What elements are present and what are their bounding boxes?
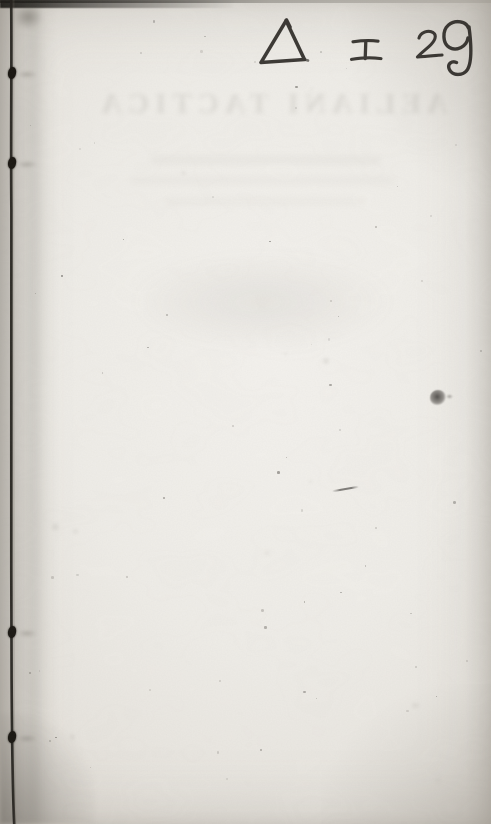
speck: [453, 501, 456, 504]
right-edge-shade: [465, 0, 491, 824]
speck: [149, 689, 151, 691]
speck: [226, 778, 228, 780]
speck: [219, 680, 221, 682]
speck: [301, 509, 303, 511]
speck: [51, 576, 54, 579]
ink-blot: [430, 390, 446, 405]
binding-thread-echo: [13, 0, 15, 824]
shelfmark-glyph-29: [418, 22, 471, 75]
speck: [232, 425, 234, 427]
speck: [147, 347, 148, 348]
knot-smudge: [17, 630, 37, 637]
speck: [375, 527, 377, 529]
speck: [79, 148, 81, 150]
ink-blot-tail: [446, 394, 453, 399]
speck: [365, 565, 366, 566]
faint-blotch: [52, 524, 58, 531]
speck: [320, 51, 322, 53]
knot-smudge: [17, 735, 37, 742]
speck: [153, 20, 156, 23]
scanned-book-page: AELIANI TACTICA Δ I 29: [0, 0, 491, 824]
faint-blotch: [73, 529, 78, 534]
speck: [163, 497, 165, 499]
faint-blotch: [284, 352, 288, 355]
show-through-line: [165, 198, 365, 205]
speck: [316, 698, 317, 699]
speck: [126, 576, 128, 578]
binding-thread: [0, 0, 42, 824]
speck: [329, 384, 331, 386]
speck: [264, 626, 266, 628]
faint-blotch: [412, 703, 418, 708]
speck: [339, 429, 341, 431]
speck: [328, 338, 330, 340]
speck: [204, 36, 206, 38]
speck: [200, 50, 203, 53]
speck: [261, 609, 264, 612]
speck: [76, 574, 79, 577]
faint-blotch: [70, 734, 76, 739]
knot-smudge: [17, 161, 37, 168]
speck: [406, 710, 408, 712]
show-through-line: [150, 156, 380, 164]
speck: [90, 767, 91, 768]
speck: [410, 613, 411, 614]
shelfmark-glyph-delta: [261, 20, 308, 63]
faint-blotch: [435, 777, 441, 784]
speck: [277, 471, 280, 474]
speck: [415, 666, 417, 668]
shelfmark-glyph-i: [352, 41, 382, 60]
speck: [260, 749, 262, 751]
speck: [140, 52, 142, 54]
speck: [375, 226, 377, 228]
scratch-mark: [332, 486, 359, 493]
speck: [430, 215, 432, 217]
faint-blotch: [323, 358, 330, 364]
show-through-line: [130, 177, 395, 184]
show-through-title-text: AELIANI TACTICA: [58, 88, 485, 122]
faint-blotch: [457, 69, 462, 75]
speck: [269, 241, 271, 243]
speck: [94, 142, 96, 144]
show-through-block: [130, 252, 395, 352]
shelfmark-drawing: [252, 14, 478, 84]
speck: [217, 751, 220, 754]
speck: [61, 275, 62, 276]
faint-blotch: [309, 480, 313, 483]
faint-blotch: [181, 171, 186, 176]
speck: [102, 372, 103, 373]
knot-smudge: [17, 71, 37, 78]
faint-blotch: [265, 551, 269, 555]
speck: [286, 457, 287, 458]
handwritten-shelfmark: Δ I 29: [252, 14, 478, 84]
speck: [304, 601, 306, 603]
speck: [303, 691, 305, 693]
speck: [421, 280, 423, 282]
speck: [340, 592, 342, 594]
speck: [123, 239, 124, 240]
speck: [39, 670, 41, 672]
